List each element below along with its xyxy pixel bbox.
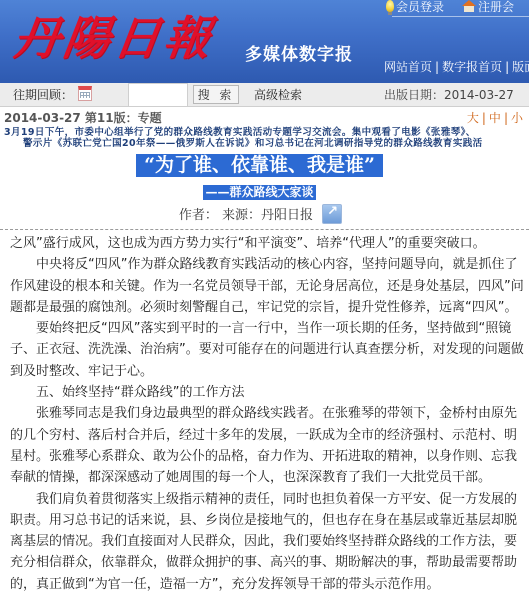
nav-digital-home[interactable]: 数字报首页	[442, 60, 502, 74]
account-links: 会员登录 注册会	[386, 0, 514, 15]
article-paragraph: 中央将反“四风”作为群众路线教育实践活动的核心内容，坚持问题导向，就是抓住了作风…	[10, 254, 524, 318]
pub-date-value: 2014-03-27	[444, 88, 514, 102]
search-button[interactable]: 搜 索	[193, 85, 239, 104]
article-header: “为了谁、依靠谁、我是谁” ——群众路线大家谈 作者： 来源：丹阳日报	[0, 154, 529, 224]
member-login-label: 会员登录	[396, 0, 444, 15]
pub-date-label: 出版日期：	[384, 88, 444, 102]
article-intro: 3月19日下午，市委中心组举行了党的群众路线教育实践活动专题学习交流会。集中观看…	[4, 127, 529, 149]
register-member-link[interactable]: 注册会	[462, 0, 514, 15]
article-title: “为了谁、依靠谁、我是谁”	[136, 154, 383, 177]
article-byline: 作者： 来源：丹阳日报	[179, 208, 313, 223]
font-size-small[interactable]: 小	[511, 111, 523, 125]
font-size-separator: |	[504, 111, 508, 125]
calendar-icon[interactable]	[78, 86, 92, 101]
article-body: 之风”盛行成风，这也成为西方势力实行“和平演变”、培养“代理人”的重要突破口。 …	[10, 233, 524, 595]
search-input[interactable]	[128, 83, 188, 107]
newspaper-logo[interactable]: 丹陽日報	[10, 10, 218, 66]
header-banner: 丹陽日報 多媒体数字报 会员登录 注册会 网站首页|数字报首页|版面	[0, 0, 529, 80]
site-subtitle: 多媒体数字报	[245, 40, 353, 65]
nav-separator: |	[435, 60, 439, 74]
article-paragraph: 要始终把反“四风”落实到平时的一言一行中，当作一项长期的任务，坚持做到“照镜子、…	[10, 318, 524, 382]
house-icon	[462, 0, 476, 12]
archive-label: 往期回顾：	[13, 86, 73, 103]
nav-site-home[interactable]: 网站首页	[384, 60, 432, 74]
nav-separator: |	[505, 60, 509, 74]
font-size-medium[interactable]: 中	[489, 111, 501, 125]
member-login-link[interactable]: 会员登录	[386, 0, 444, 15]
font-size-large[interactable]: 大	[467, 111, 479, 125]
advanced-search-link[interactable]: 高级检索	[254, 86, 302, 103]
article-paragraph: 之风”盛行成风，这也成为西方势力实行“和平演变”、培养“代理人”的重要突破口。	[10, 233, 524, 254]
search-toolbar: 往期回顾： 搜 索 高级检索 出版日期：2014-03-27	[0, 80, 529, 107]
lightbulb-icon	[386, 0, 394, 12]
issue-info: 2014-03-27 第11版：专题	[4, 109, 162, 126]
font-size-separator: |	[482, 111, 486, 125]
register-member-label: 注册会	[478, 0, 514, 15]
article-paragraph: 张雅琴同志是我们身边最典型的群众路线实践者。在张雅琴的带领下，金桥村由原先的几个…	[10, 403, 524, 488]
article-subtitle: ——群众路线大家谈	[203, 185, 315, 200]
dashed-divider	[0, 229, 529, 230]
article-paragraph: 我们肩负着贯彻落实上级指示精神的责任，同时也担负着保一方平安、促一方发展的职责。…	[10, 489, 524, 595]
nav-layout[interactable]: 版面	[512, 60, 529, 74]
intro-line-2: 警示片《苏联亡党亡国20年祭——俄罗斯人在诉说》和习总书记在河北调研指导党的群众…	[4, 138, 529, 149]
section-heading: 五、始终坚持“群众路线”的工作方法	[10, 382, 524, 403]
share-icon[interactable]	[322, 204, 342, 224]
publication-date: 出版日期：2014-03-27	[384, 86, 514, 103]
intro-line-1: 3月19日下午，市委中心组举行了党的群众路线教育实践活动专题学习交流会。集中观看…	[4, 127, 529, 138]
header-divider	[392, 16, 529, 17]
font-size-switch: 大|中|小	[467, 109, 523, 126]
site-nav: 网站首页|数字报首页|版面	[384, 58, 529, 75]
